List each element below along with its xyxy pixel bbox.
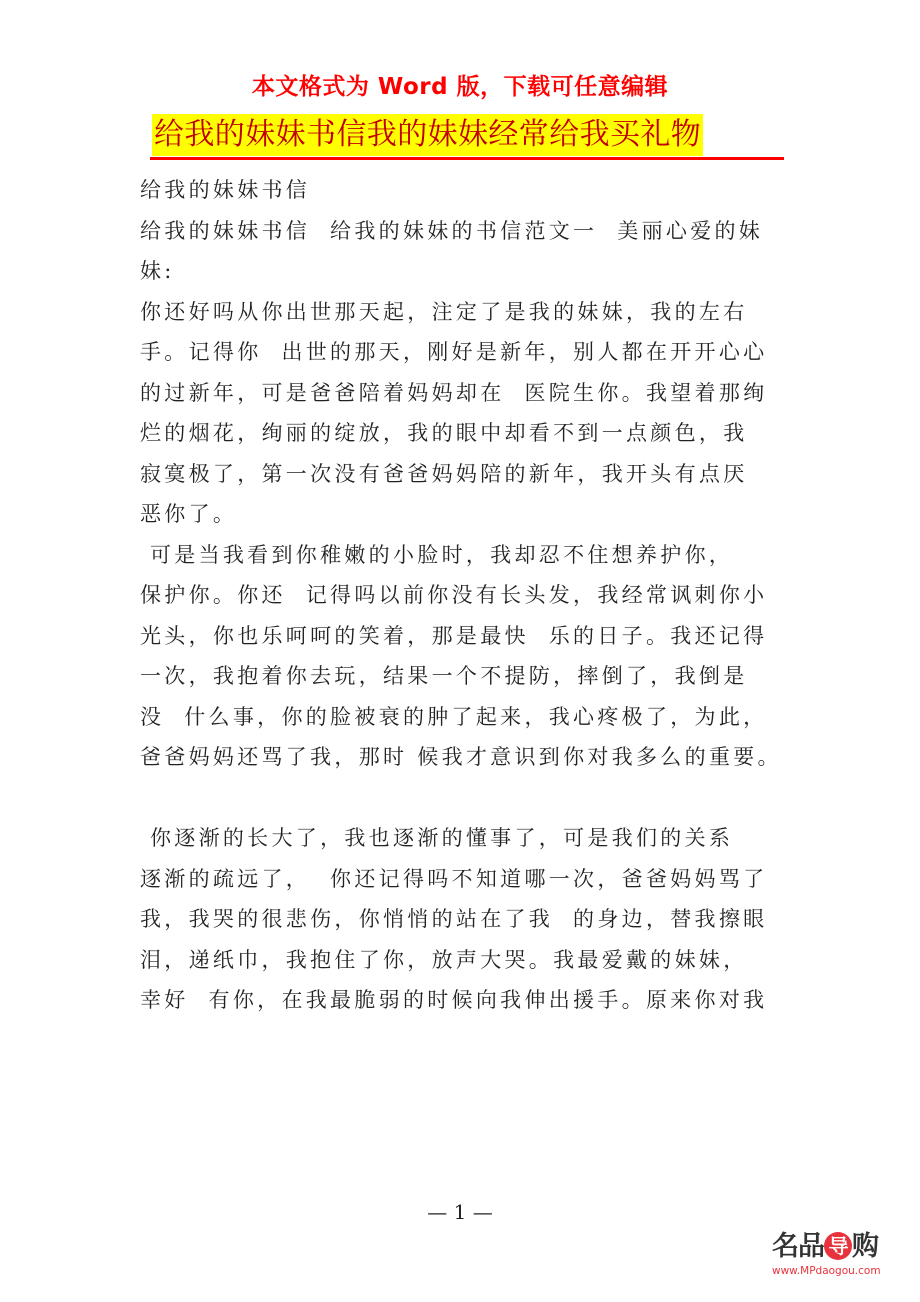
- logo-wordmark: 名品导购: [772, 1232, 912, 1262]
- format-notice: 本文格式为 Word 版，下载可任意编辑: [0, 70, 920, 104]
- logo-url: www.MPdaogou.com: [772, 1264, 912, 1278]
- page-number: — 1 —: [0, 1200, 920, 1224]
- body-line: 烂的烟花，绚丽的绽放，我的眼中却看不到一点颜色，我: [140, 413, 790, 454]
- body-line: 恶你了。: [140, 494, 790, 535]
- title-underline-divider: [150, 157, 784, 160]
- logo-accent-icon: 导: [824, 1232, 852, 1260]
- body-line: 保护你。你还 记得吗以前你没有长头发，我经常讽刺你小: [140, 575, 790, 616]
- body-line: 你逐渐的长大了，我也逐渐的懂事了，可是我们的关系: [140, 818, 790, 859]
- body-line: 泪，递纸巾，我抱住了你，放声大哭。我最爱戴的妹妹，: [140, 940, 790, 981]
- body-line: 可是当我看到你稚嫩的小脸时，我却忍不住想养护你，: [140, 535, 790, 576]
- body-line: 逐渐的疏远了， 你还记得吗不知道哪一次，爸爸妈妈骂了: [140, 859, 790, 900]
- body-line: 手。记得你 出世的那天，刚好是新年，别人都在开开心心: [140, 332, 790, 373]
- body-line: 你还好吗从你出世那天起，注定了是我的妹妹，我的左右: [140, 292, 790, 333]
- body-line: 爸爸妈妈还骂了我，那时 候我才意识到你对我多么的重要。: [140, 737, 790, 778]
- title-container: 给我的妹妹书信我的妹妹经常给我买礼物: [152, 114, 703, 158]
- body-line: 给我的妹妹书信 给我的妹妹的书信范文一 美丽心爱的妹: [140, 211, 790, 252]
- body-line: 寂寞极了，第一次没有爸爸妈妈陪的新年，我开头有点厌: [140, 454, 790, 495]
- body-line: 一次，我抱着你去玩，结果一个不提防，摔倒了，我倒是: [140, 656, 790, 697]
- document-body: 给我的妹妹书信 给我的妹妹书信 给我的妹妹的书信范文一 美丽心爱的妹 妹: 你还…: [140, 170, 790, 1021]
- body-line: 幸好 有你，在我最脆弱的时候向我伸出援手。原来你对我: [140, 980, 790, 1021]
- body-line: 给我的妹妹书信: [140, 170, 790, 211]
- body-line: 光头，你也乐呵呵的笑着，那是最快 乐的日子。我还记得: [140, 616, 790, 657]
- body-line: 我，我哭的很悲伤，你悄悄的站在了我 的身边，替我擦眼: [140, 899, 790, 940]
- logo-text-left: 名品: [772, 1231, 824, 1262]
- body-line: 妹:: [140, 251, 790, 292]
- document-title: 给我的妹妹书信我的妹妹经常给我买礼物: [152, 114, 703, 156]
- logo-text-right: 购: [852, 1231, 878, 1262]
- blank-line: [140, 778, 790, 819]
- body-line: 的过新年，可是爸爸陪着妈妈却在 医院生你。我望着那绚: [140, 373, 790, 414]
- body-line: 没 什么事，你的脸被衰的肿了起来，我心疼极了，为此，: [140, 697, 790, 738]
- brand-logo: 名品导购 www.MPdaogou.com: [772, 1232, 912, 1282]
